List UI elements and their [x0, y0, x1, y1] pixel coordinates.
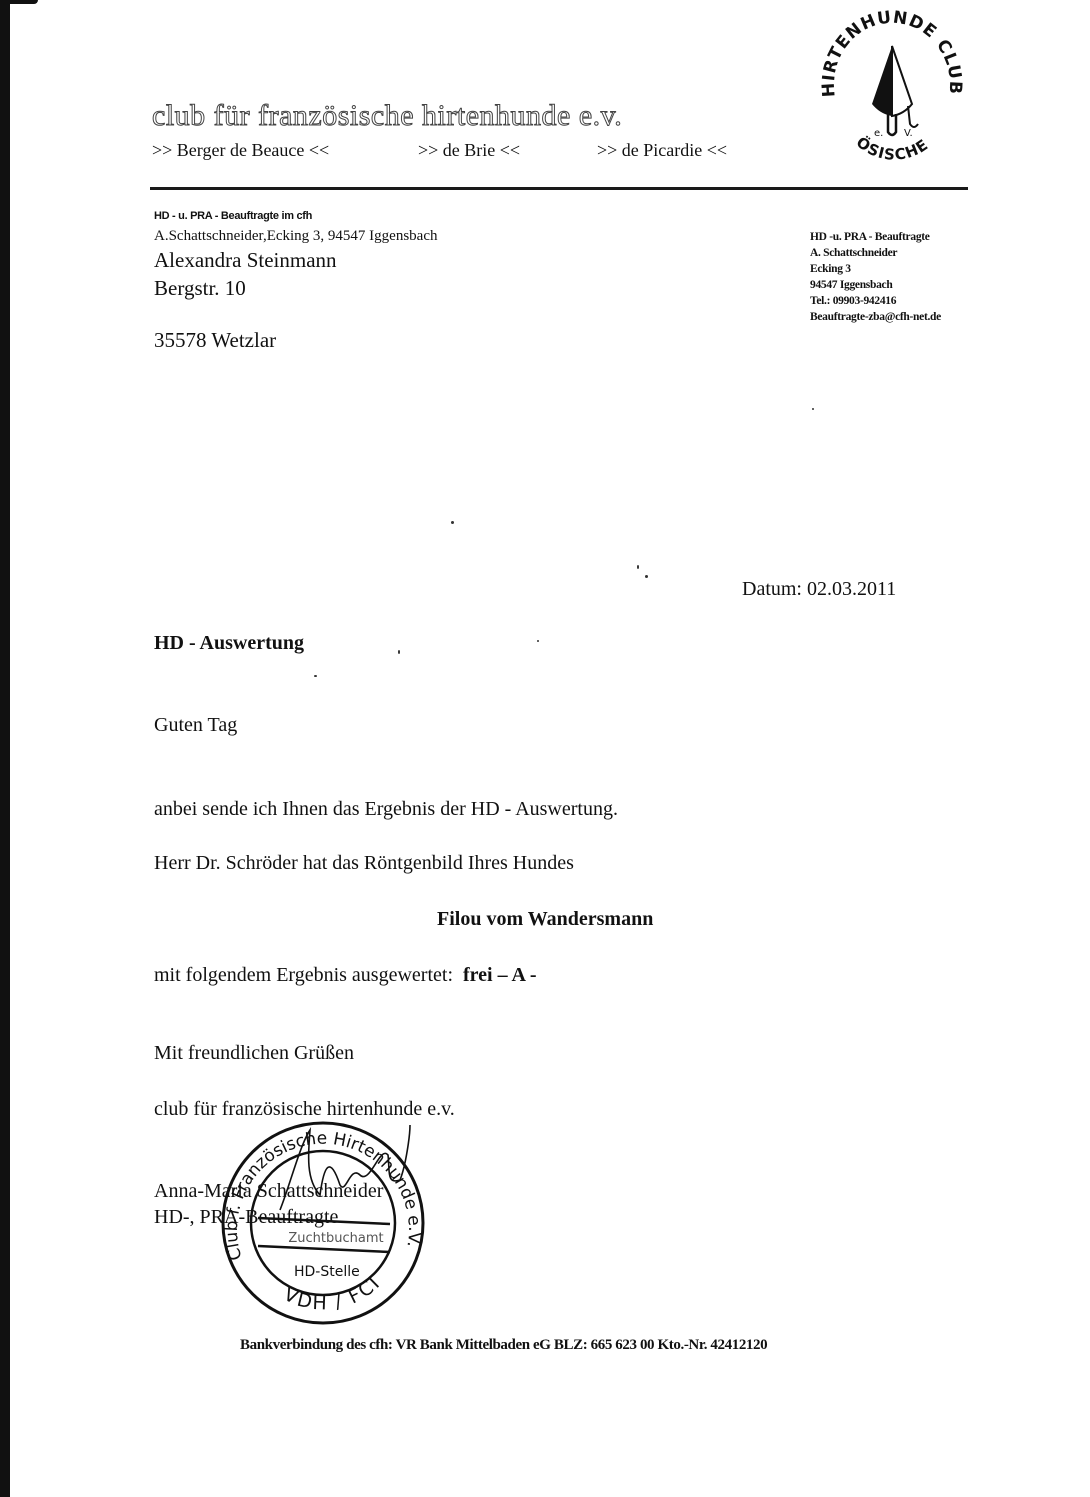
result-prefix: mit folgendem Ergebnis ausgewertet:: [154, 964, 453, 986]
letter-closing: Mit freundlichen Grüßen: [154, 1042, 354, 1065]
letter-subject: HD - Auswertung: [154, 632, 304, 655]
svg-text:e.: e.: [874, 128, 883, 139]
scan-speck: [812, 408, 814, 410]
contact-block: HD -u. PRA - Beauftragte A. Schattschnei…: [810, 229, 941, 325]
scan-corner: [10, 4, 16, 10]
scan-edge: [0, 0, 10, 1497]
recipient-name: Alexandra Steinmann: [154, 248, 337, 273]
sender-title: HD - u. PRA - Beauftragte im cfh: [154, 210, 312, 222]
scan-edge-top: [0, 0, 38, 4]
recipient-street: Bergstr. 10: [154, 276, 246, 301]
contact-name: A. Schattschneider: [810, 245, 941, 261]
letter-greeting: Guten Tag: [154, 714, 237, 737]
svg-text:V.: V.: [904, 128, 913, 139]
letter-body-1: anbei sende ich Ihnen das Ergebnis der H…: [154, 798, 618, 821]
scan-speck: [451, 521, 454, 524]
letter-date: Datum: 02.03.2011: [742, 578, 896, 601]
result-line: mit folgendem Ergebnis ausgewertet: frei…: [154, 964, 537, 987]
svg-text:Zuchtbuchamt: Zuchtbuchamt: [288, 1231, 383, 1246]
club-logo: HIRTENHUNDE CLUB FÜR FRANZ ÖSISCHE e. V.: [814, 6, 970, 176]
trowel-emblem-icon: [872, 46, 918, 135]
scan-speck: [645, 575, 648, 578]
contact-email: Beauftragte-zba@cfh-net.de: [810, 309, 941, 325]
contact-street: Ecking 3: [810, 261, 941, 277]
breed-de-picardie: >> de Picardie <<: [597, 140, 727, 161]
scan-speck: [314, 675, 317, 677]
letterhead-divider: [150, 187, 968, 190]
handwritten-signature: [260, 1125, 420, 1225]
contact-phone: Tel.: 09903-942416: [810, 293, 941, 309]
bank-details: Bankverbindung des cfh: VR Bank Mittelba…: [240, 1337, 767, 1354]
breed-berger-de-beauce: >> Berger de Beauce <<: [152, 140, 329, 161]
scan-speck: [537, 640, 539, 642]
breed-de-brie: >> de Brie <<: [418, 140, 520, 161]
dog-name: Filou vom Wandersmann: [437, 908, 653, 931]
contact-title: HD -u. PRA - Beauftragte: [810, 229, 941, 245]
scan-speck: [398, 650, 400, 654]
letter-body-2: Herr Dr. Schröder hat das Röntgenbild Ih…: [154, 852, 574, 875]
result-value: frei – A -: [463, 964, 537, 986]
sender-address: A.Schattschneider,Ecking 3, 94547 Iggens…: [154, 228, 438, 245]
scan-speck: [637, 565, 639, 569]
club-name-heading: club für französische hirtenhunde e.v.: [152, 99, 622, 133]
svg-text:ÖSISCHE: ÖSISCHE: [853, 132, 932, 164]
recipient-city: 35578 Wetzlar: [154, 328, 276, 353]
contact-city: 94547 Iggensbach: [810, 277, 941, 293]
svg-text:HD-Stelle: HD-Stelle: [294, 1264, 360, 1280]
